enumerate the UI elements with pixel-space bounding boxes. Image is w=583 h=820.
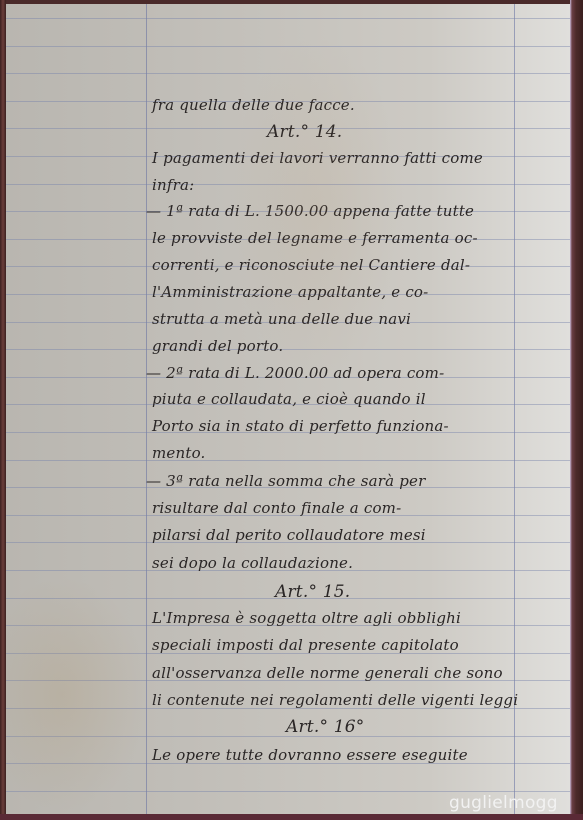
text-line: risultare dal conto finale a com- bbox=[152, 499, 401, 517]
text-line: piuta e collaudata, e cioè quando il bbox=[152, 390, 426, 408]
page-edge-right bbox=[570, 0, 583, 820]
text-line: li contenute nei regolamenti delle vigen… bbox=[152, 691, 518, 709]
text-line: correnti, e riconosciute nel Cantiere da… bbox=[152, 256, 470, 274]
page-edge-bottom bbox=[0, 814, 583, 820]
ruled-line bbox=[6, 18, 570, 19]
payment-item: — 2ª rata di L. 2000.00 ad opera com- bbox=[146, 364, 444, 382]
text-line: l'Amministrazione appaltante, e co- bbox=[152, 283, 428, 301]
text-line: all'osservanza delle norme generali che … bbox=[152, 664, 503, 682]
text-line: L'Impresa è soggetta oltre agli obblighi bbox=[152, 609, 461, 627]
text-line: le provviste del legname e ferramenta oc… bbox=[152, 229, 478, 247]
article-heading: Art.° 16° bbox=[286, 717, 364, 737]
ruled-line bbox=[6, 349, 570, 350]
text-line: Le opere tutte dovranno essere eseguite bbox=[152, 746, 468, 764]
ruled-line bbox=[6, 460, 570, 461]
text-line: grandi del porto. bbox=[152, 337, 283, 355]
left-margin-rule bbox=[146, 4, 147, 816]
payment-item: — 1ª rata di L. 1500.00 appena fatte tut… bbox=[146, 202, 474, 220]
ruled-line bbox=[6, 791, 570, 792]
text-line: mento. bbox=[152, 444, 206, 462]
text-line: sei dopo la collaudazione. bbox=[152, 554, 353, 572]
manuscript-page: fra quella delle due facce.Art.° 14.I pa… bbox=[6, 4, 570, 816]
text-line: speciali imposti dal presente capitolato bbox=[152, 636, 459, 654]
ruled-line bbox=[6, 73, 570, 74]
ruled-line bbox=[6, 184, 570, 185]
text-line: Porto sia in stato di perfetto funziona- bbox=[152, 417, 449, 435]
watermark: guglielmogg bbox=[449, 793, 558, 813]
text-line: fra quella delle due facce. bbox=[152, 96, 355, 114]
ruled-line bbox=[6, 46, 570, 47]
article-heading: Art.° 14. bbox=[267, 122, 342, 142]
payment-item: — 3ª rata nella somma che sarà per bbox=[146, 472, 425, 490]
article-heading: Art.° 15. bbox=[275, 582, 350, 602]
text-line: I pagamenti dei lavori verranno fatti co… bbox=[152, 149, 483, 167]
text-line: infra: bbox=[152, 176, 194, 194]
text-line: pilarsi dal perito collaudatore mesi bbox=[152, 526, 426, 544]
text-line: strutta a metà una delle due navi bbox=[152, 310, 411, 328]
